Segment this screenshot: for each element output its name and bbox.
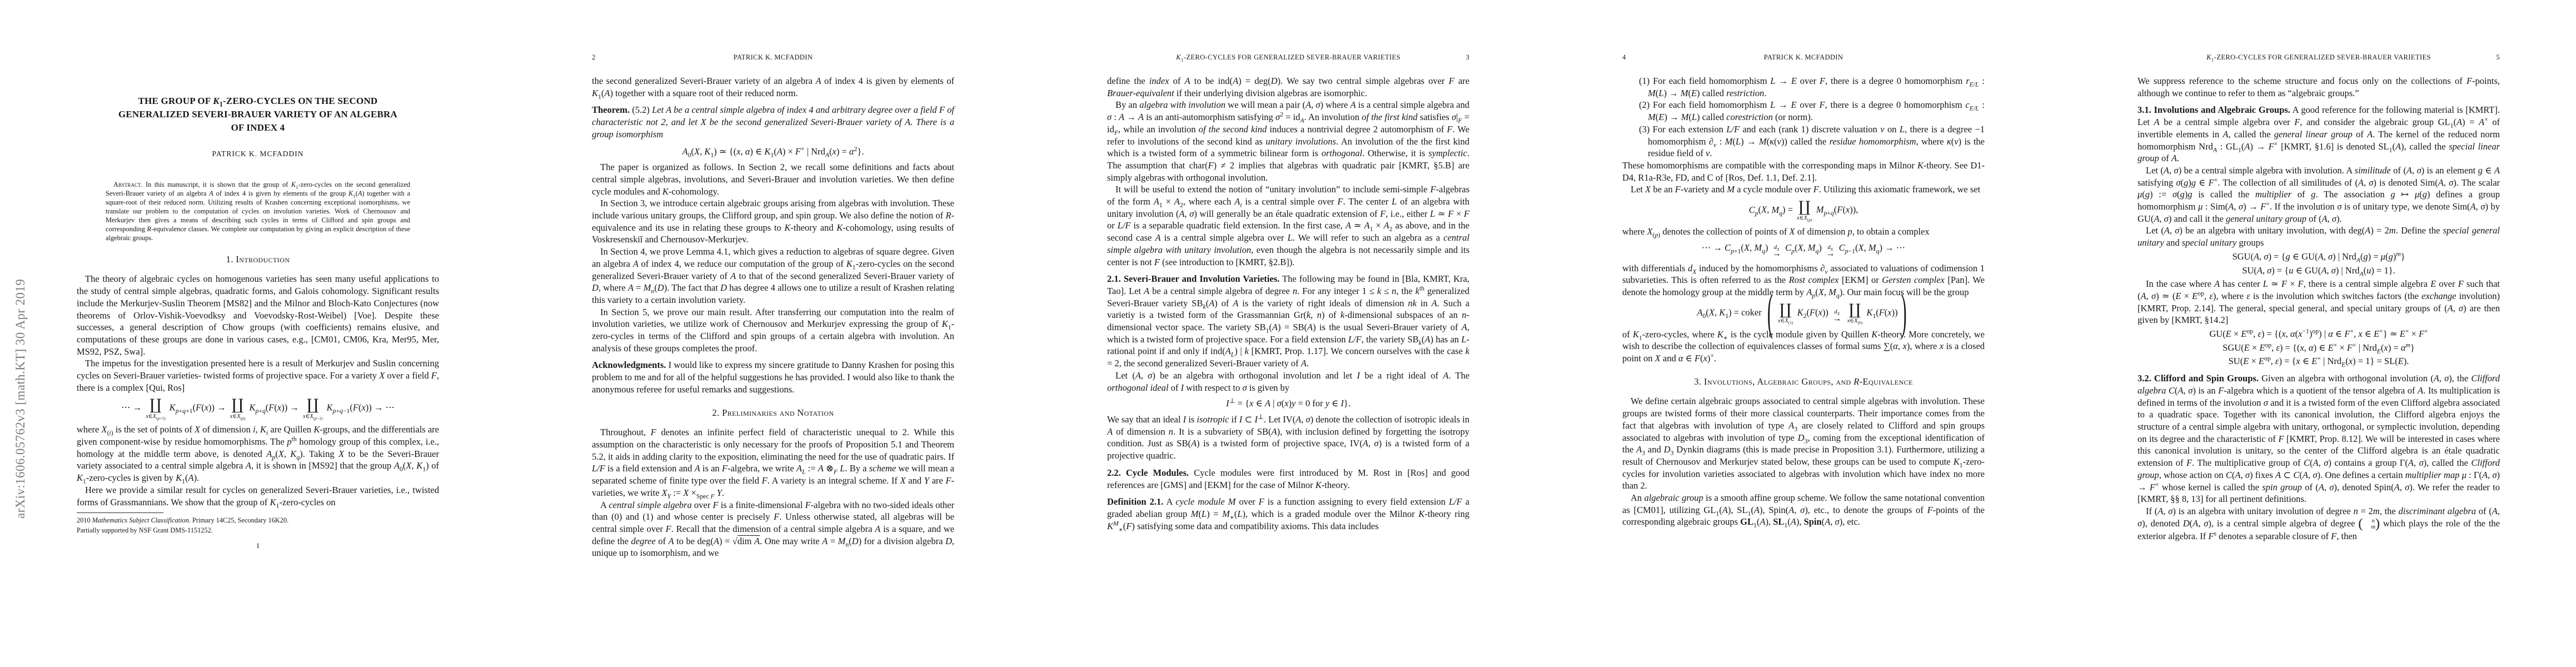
footnote-block: 2010 Mathematics Subject Classification.… [77, 512, 439, 535]
paragraph: Let (A, σ) be an algebra with unitary in… [2137, 225, 2500, 248]
page-2-content: the second generalized Severi-Brauer var… [592, 0, 954, 559]
paper-five-page-view: arXiv:1606.05762v3 [math.KT] 30 Apr 2019… [0, 0, 2576, 667]
acknowledgments: Acknowledgments. I would like to express… [592, 359, 954, 395]
page-4-content: (1) For each field homomorphism L → E ov… [1622, 0, 1985, 528]
page-number: 1 [77, 540, 439, 552]
paragraph: If (A, σ) is an algebra with unitary inv… [2137, 505, 2500, 542]
paragraph: where X(i) is the set of points of X of … [77, 424, 439, 484]
page-1-content: THE GROUP OF K1-ZERO-CYCLES ON THE SECON… [77, 94, 439, 552]
paragraph: In Section 3, we introduce certain algeb… [592, 197, 954, 246]
display-formula-su-e: SU(E × Eop, ε) = {x ∈ E× | NrdE(x) = 1} … [2137, 355, 2500, 367]
display-formula-complex: ⋯ → ∐x∈X(p+1) Kp+q+1(F(x)) → ∐x∈X(p) Kp+… [77, 397, 439, 420]
page-1: arXiv:1606.05762v3 [math.KT] 30 Apr 2019… [0, 0, 515, 667]
display-formula-coker: A0(X, K1) = coker (∐x∈X(1) K2(F(x)) dX→ … [1622, 302, 1985, 325]
paragraph: where X(p) denotes the collection of poi… [1622, 226, 1985, 238]
paragraph: By an algebra with involution we will me… [1107, 99, 1469, 183]
paragraph: of K1-zero-cycles, where K∗ is the cycle… [1622, 328, 1985, 365]
paper-title-line-2: GENERALIZED SEVERI-BRAUER VARIETY OF AN … [77, 108, 439, 121]
display-formula-sgu-e: SGU(E × Eop, ε) = {(x, α) ∈ E× × F× | Nr… [2137, 342, 2500, 354]
arxiv-stamp: arXiv:1606.05762v3 [math.KT] 30 Apr 2019 [13, 279, 28, 519]
footnote-rule [77, 512, 163, 513]
section-heading-involutions: 3. Involutions, Algebraic Groups, and R-… [1622, 376, 1985, 388]
paragraph: In Section 5, we prove our main result. … [592, 306, 954, 355]
theorem-statement: Theorem. (5.2) Let A be a central simple… [592, 104, 954, 140]
author-name: PATRICK K. MCFADDIN [77, 148, 439, 160]
subsection-cycle-modules: 2.2. Cycle Modules. Cycle modules were f… [1107, 467, 1469, 491]
display-formula-theorem: A0(X, K1) ≃ {(x, α) ∈ K1(A) × F× | NrdA(… [592, 146, 954, 158]
paragraph: the second generalized Severi-Brauer var… [592, 75, 954, 99]
section-heading-preliminaries: 2. Preliminaries and Notation [592, 407, 954, 419]
page-4: 4 PATRICK K. MCFADDIN (1) For each field… [1546, 0, 2061, 667]
footnote-grant: Partially supported by NSF Grant DMS-115… [77, 526, 439, 536]
section-heading-introduction: 1. Introduction [77, 253, 439, 266]
paragraph: Throughout, F denotes an infinite perfec… [592, 426, 954, 499]
paragraph: Let (A, σ) be a central simple algebra w… [2137, 165, 2500, 225]
page-5-content: We suppress reference to the scheme stru… [2137, 0, 2500, 542]
display-formula-cp: Cp(X, Mq) = ∐x∈X(p) Mp+q(F(x)), [1622, 200, 1985, 222]
paragraph: We define certain algebraic groups assoc… [1622, 395, 1985, 492]
paragraph: The theory of algebraic cycles on homoge… [77, 273, 439, 357]
paper-title-line-3: OF INDEX 4 [77, 121, 439, 135]
paragraph: The paper is organized as follows. In Se… [592, 161, 954, 197]
paragraph: We say that an ideal I is isotropic if I… [1107, 414, 1469, 462]
display-formula-su: SU(A, σ) = {u ∈ GU(A, σ) | NrdA(u) = 1}. [2137, 265, 2500, 277]
subsection-involutions-algebraic-groups: 3.1. Involutions and Algebraic Groups. A… [2137, 104, 2500, 165]
paper-title: THE GROUP OF K1-ZERO-CYCLES ON THE SECON… [77, 94, 439, 135]
paragraph: define the index of A to be ind(A) = deg… [1107, 75, 1469, 99]
list-item-2: (2) For each field homomorphism L → E ov… [1648, 99, 1985, 123]
paragraph: An algebraic group is a smooth affine gr… [1622, 492, 1985, 528]
list-item-1: (1) For each field homomorphism L → E ov… [1648, 75, 1985, 99]
paragraph: In Section 4, we prove Lemma 4.1, which … [592, 246, 954, 306]
display-formula-rost-complex: ⋯ → Cp+1(X, Mq) dX→ Cp(X, Mq) dX→ Cp−1(X… [1622, 242, 1985, 258]
paper-title-line-1: THE GROUP OF K1-ZERO-CYCLES ON THE SECON… [77, 94, 439, 108]
display-formula-gu-e: GU(E × Eop, ε) = {(x, α(x−1)op) | α ∈ F×… [2137, 328, 2500, 340]
definition-2-1: Definition 2.1. A cycle module M over F … [1107, 496, 1469, 532]
subsection-severi-brauer: 2.1. Severi-Brauer and Involution Variet… [1107, 273, 1469, 370]
footnote-msc: 2010 Mathematics Subject Classification.… [77, 516, 439, 526]
paragraph: Let (A, σ) be an algebra with orthogonal… [1107, 370, 1469, 394]
page-2: 2 PATRICK K. MCFADDIN the second general… [515, 0, 1030, 667]
abstract: Abstract. In this manuscript, it is show… [106, 180, 410, 242]
paragraph: In the case where A has center L ≃ F × F… [2137, 278, 2500, 326]
paragraph: with differentials dX induced by the hom… [1622, 262, 1985, 298]
page-5: K1-ZERO-CYCLES FOR GENERALIZED SEVER-BRA… [2061, 0, 2576, 667]
list-item-3: (3) For each extension L/F and each (ran… [1648, 123, 1985, 160]
paragraph: Let X be an F-variety and M a cycle modu… [1622, 183, 1985, 196]
display-formula-sgu: SGU(A, σ) = {g ∈ GU(A, σ) | NrdA(g) = μ(… [2137, 251, 2500, 263]
paragraph: The impetus for the investigation presen… [77, 357, 439, 394]
paragraph: A central simple algebra over F is a fin… [592, 499, 954, 560]
page-3-content: define the index of A to be ind(A) = deg… [1107, 0, 1469, 532]
display-formula-orthogonal-ideal: I⊥ = {x ∈ A | σ(x)y = 0 for y ∈ I}. [1107, 397, 1469, 410]
paragraph: It will be useful to extend the notion o… [1107, 183, 1469, 268]
page-3: K1-ZERO-CYCLES FOR GENERALIZED SEVER-BRA… [1030, 0, 1546, 667]
paragraph: These homomorphisms are compatible with … [1622, 160, 1985, 183]
subsection-clifford-spin: 3.2. Clifford and Spin Groups. Given an … [2137, 372, 2500, 505]
paragraph: We suppress reference to the scheme stru… [2137, 75, 2500, 99]
paragraph: Here we provide a similar result for cyc… [77, 484, 439, 508]
